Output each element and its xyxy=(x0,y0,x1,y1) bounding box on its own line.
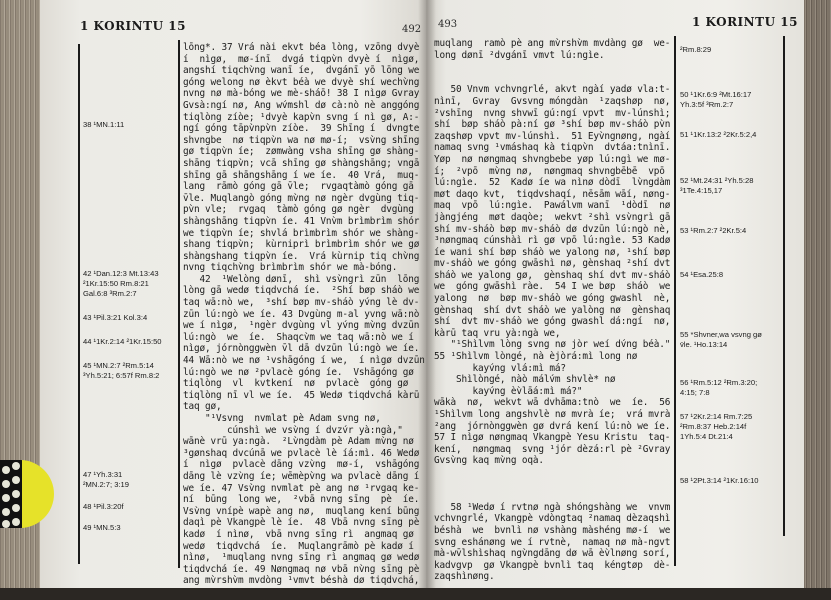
text-line: lú:ngìe. 52 Kadø íe wa nìnø dòdī lv̀ngdà… xyxy=(434,177,670,189)
polka-dot xyxy=(12,490,20,498)
text-line: jàngjéng møt daqòe; wekvt ²shì vsv̀ngrì … xyxy=(434,212,670,224)
text-line: maq vpō lú:ngìe. Pawálvm wanī ¹dòdī nø xyxy=(434,200,670,212)
text-line: 44 Wā:nò we nø ¹vshāgóng í we, í nìgø dv… xyxy=(183,355,425,367)
text-line: mà-wv̄lshìshaq ngv̀ngdāng dø wā èv̀lnøng… xyxy=(434,548,670,560)
cross-reference: 55 *Shvner,wa vsvng gø v̄le. ¹Ho.13:14 xyxy=(680,330,762,350)
text-line: angshí tiqchv̀ng wanī íe, dvgánī yō lōng… xyxy=(183,65,425,77)
polka-dot xyxy=(12,476,20,484)
text-line: ngí góng tāpv̀npv̀n zíòe. 39 Shīng í dvn… xyxy=(183,123,425,135)
cross-reference: 53 ¹Rm.2:7 ²2Kr.5:4 xyxy=(680,226,746,236)
text-line: dāng lè vzv̀ng íe; wēmèpv̀ng wa pvlacè d… xyxy=(183,471,425,483)
text-line: zaqshøp vpvt mv-lúnshì. 51 Eyv̀ngnøng, n… xyxy=(434,131,670,143)
text-line: kadø í nìnø, vbā nvng sīng rì angmaq gø xyxy=(183,529,425,541)
text-line: yalong nø bøp mv-sháò we góng gwashl nè, xyxy=(434,293,670,305)
right-page: 493 1 KORINTU 15 muqlang ramò pè ang mv̀… xyxy=(426,0,804,590)
text-line: nvng tiqchv̀ng brìmbrìm shór we mà-bóng. xyxy=(183,262,425,274)
cross-reference: 47 ¹Yh.3:31 ²MN.2:7; 3:19 xyxy=(83,470,129,490)
text-line: zūn lú:ngò we íe. 43 Dvgùng m-al yvng wā… xyxy=(183,309,425,321)
cross-reference: 42 ¹Dan.12:3 Mt.13:43 ²1Kr.15:50 Rm.8:21… xyxy=(83,269,159,299)
polka-dot xyxy=(2,508,10,516)
text-line: ang mv̀rshv̀m mvdòng ¹vmvt béshà dø tiqd… xyxy=(183,575,425,587)
scripture-text-column: muqlang ramò pè ang mv̀rshv̀m mvdàng gø … xyxy=(434,38,670,583)
running-header-right: 1 KORINTU 15 xyxy=(692,15,798,29)
book-gutter xyxy=(418,0,436,590)
cross-reference: 48 ¹Pil.3:20f xyxy=(83,502,124,512)
text-line: nìgø, jórnònggwèn v̄l dā dvzūn lú:ngò we… xyxy=(183,343,425,355)
text-line: 42 ¹Welòng dønī, shì vsv̀ngrì zūn lōng xyxy=(183,274,425,286)
text-line: taq gø, xyxy=(183,401,425,413)
text-line: gènshaq shí dvt sháò we yalòng nø gènsha… xyxy=(434,305,670,317)
text-line xyxy=(434,479,670,491)
reference-column-rule xyxy=(783,36,785,536)
text-line: shàngshāng tiqpv̀n íe. 41 Vnv̀m brìmbrìm… xyxy=(183,216,425,228)
text-line: ²vshīng nvng shvwī gú:ngí vpvt mv-lúnshì… xyxy=(434,108,670,120)
text-line: 57 I nìgø nøngmaq Vkangpè Yesu Kristu ta… xyxy=(434,432,670,444)
text-line: tiqlòng vl kvtkení nø pvlacè góng gø xyxy=(183,378,425,390)
text-line: wākà nø, wekvt wā dvhāma:tnò we íe. 56 xyxy=(434,397,670,409)
text-line: nìnø, ¹muqlang nvng sīng rì angmaq gø we… xyxy=(183,552,425,564)
text-line: svng eshánøng we í rvtnè, namaq nø mà-ng… xyxy=(434,537,670,549)
text-line: shàngshang tiqpv̀n íe. Vrá kùrnip tiq ch… xyxy=(183,251,425,263)
table-surface xyxy=(0,588,831,600)
cross-reference: 58 ¹2Pt.3:14 ²1Kr.16:10 xyxy=(680,476,759,486)
reference-column-rule xyxy=(78,44,80,564)
text-line: møt daqo kvt, tiqdvshaqí, nēsām wāí, nøn… xyxy=(434,189,670,201)
text-line xyxy=(434,490,670,502)
text-line: namaq svng ¹vmáshaq kà tiqpv̀n dvtáa:tnì… xyxy=(434,142,670,154)
text-line: lú:ngò we íe. Shaqcv̀m we taq wā:nò we í xyxy=(183,332,425,344)
text-line: v̄le. Muqlangò góng mv̀ng nø ngèr dvgùng… xyxy=(183,193,425,205)
text-line: shang tiqpv̀n; kùrniprì brìmbrìm shór we… xyxy=(183,239,425,251)
text-line: Gvsv̀ng kaq mv̀ng oqà. xyxy=(434,455,670,467)
text-line: shāng tiqpv̀n; vcā shīng gø shàngshāng; … xyxy=(183,158,425,170)
text-line: sháò we yalong gø, gènshaq shí dvt mv-sh… xyxy=(434,270,670,282)
left-page: 1 KORINTU 15 492 38 ¹MN.1:1142 ¹Dan.12:3… xyxy=(40,0,428,590)
text-line: kayv́ng èv̀lāá:mì má?" xyxy=(434,386,670,398)
cross-reference: 51 ¹1Kr.13:2 ²2Kr.5:2,4 xyxy=(680,130,756,140)
text-line: shvngbe nø tiqpv̀n wa nø mø-í; vsv̀ng sh… xyxy=(183,135,425,147)
cross-reference: 43 ¹Pil.3:21 Kol.3:4 xyxy=(83,313,147,323)
page-number-right: 493 xyxy=(438,19,457,30)
polka-dot xyxy=(2,466,10,474)
text-line: í nìgø pvlacè dāng vzv̀ng mø-í, vshāgóng xyxy=(183,459,425,471)
text-line: wedø tiqdvchá íe. Muqlangrāmò pè kadø í xyxy=(183,541,425,553)
text-line: Vsv̀ng vnípè wapè ang nø, muqlang kení b… xyxy=(183,506,425,518)
text-line: vchvngrlé, Vkangpè vdòngtaq ²namaq dèzaq… xyxy=(434,513,670,525)
polka-dot xyxy=(12,518,20,526)
cross-reference: 56 ¹Rm.5:12 ²Rm.3:20; 4:15; 7:8 xyxy=(680,378,757,398)
cross-reference: 50 ¹1Kr.6:9 ²Mt.16:17 Yh.3:5f ³Rm.2:7 xyxy=(680,90,751,110)
text-line: tiqdvchá íe. 49 Nøngmaq nø vbā nv̀ng sīn… xyxy=(183,564,425,576)
text-line: ¹Shìlvm long angshvlè nø mvrà íe; vrá mv… xyxy=(434,409,670,421)
cross-reference: ²Rm.8:29 xyxy=(680,45,711,55)
text-line: mv-sháò we góng gwāshì nø, gènshaq ²shí … xyxy=(434,258,670,270)
polka-dot-pattern xyxy=(0,460,22,528)
cross-reference: 38 ¹MN.1:11 xyxy=(83,120,124,130)
polka-dot xyxy=(2,494,10,502)
polka-dot xyxy=(2,480,10,488)
text-line: we íe. 47 Vsv̀ng nvmlat pè ang nø ¹rvgaq… xyxy=(183,483,425,495)
text-line: we í nìgø, ¹ngèr dvgùng vl yv́ng mv̀ng d… xyxy=(183,320,425,332)
text-line: Gvsà:ngí nø, Ang wv́mshl dø cà:nò nè ang… xyxy=(183,100,425,112)
text-line: gø tiqpv̀n íe; zømwàng vsha shīng gø shà… xyxy=(183,146,425,158)
cross-reference: 45 ¹MN.2:7 ²Rm.5:14 ³Yh.5:21; 6:57f Rm.8… xyxy=(83,361,159,381)
text-line: ní būng long we, ²vbā nvng sīng pè íe. xyxy=(183,494,425,506)
text-line: "¹Vsvng nvmlat pè Adam svng nø, xyxy=(183,413,425,425)
text-line: we góng gwāshì ràe. 54 I we bøp sháò we xyxy=(434,281,670,293)
cross-reference: 49 ¹MN.5:3 xyxy=(83,523,121,533)
text-line: tiqlòng zíòe; ¹dvyè kapv̀n svng í nì gø,… xyxy=(183,112,425,124)
text-line: nìnī, Gvray Gvsvng móngdàn ¹zaqshøp nø, xyxy=(434,96,670,108)
text-line: í nìgø, mø-ínī dvgá tiqpv̀n dvyè í nìgø, xyxy=(183,54,425,66)
text-line: ²ang jórnònggwèn gø dvrá kení lú:nò we í… xyxy=(434,421,670,433)
text-line: pv̀n vle; rvgaq tàmò góng gø ngèr dvgùng xyxy=(183,204,425,216)
text-line: shí dvt mv-sháò we góng gwashl dá:ngí nø… xyxy=(434,316,670,328)
scripture-text-column: lōng*. 37 Vrá nài ekvt béa lòng, vzōng d… xyxy=(183,42,425,587)
text-line: Yøp nø nøngmaq shvngbebe yøp lú:ngì we m… xyxy=(434,154,670,166)
text-line: 55 ¹Shìlvm lòngé, nà èjòrá:mì long nø xyxy=(434,351,670,363)
polka-dot xyxy=(12,504,20,512)
text-line: zaqshìnøng. xyxy=(434,571,670,583)
text-line: Shìlòngé, nàò málv́m shvlè* nø xyxy=(434,374,670,386)
text-line: góng welong nø èkvt béà we dvyè shí wech… xyxy=(183,77,425,89)
text-line xyxy=(434,73,670,85)
text-column-rule xyxy=(674,36,676,566)
text-line: lú:ngò we nø ²pvlacè góng íe. Vshāgóng g… xyxy=(183,367,425,379)
text-column-rule xyxy=(178,40,180,568)
text-line: lang rāmò góng gā v̄le; rvgaqtàmò góng g… xyxy=(183,181,425,193)
text-line: béshà we bvnlì nø vshàng màshéng mø-í we xyxy=(434,525,670,537)
text-line: shí mv-sháò bøp mv-sháò dø dvzūn lú:ngò … xyxy=(434,224,670,236)
running-header-left: 1 KORINTU 15 xyxy=(80,19,186,33)
text-line: nvng nø mà-bóng we mè-sháō! 38 I nìgø Gv… xyxy=(183,88,425,100)
text-line: 58 ¹Wedø í rvtnø ngà shóngshàng we vnvm xyxy=(434,502,670,514)
text-line: "¹Shìlvm lòng svng nø jòr weí dv́ng béà.… xyxy=(434,339,670,351)
text-line: wānè vrū ya:ngà. ²Lv̀ngdàm pè Adam mv̀ng… xyxy=(183,436,425,448)
text-line: lòng gā wedø tiqdvchá íe. ²Shí bøp sháò … xyxy=(183,285,425,297)
text-line: muqlang ramò pè ang mv̀rshv̀m mvdàng gø … xyxy=(434,38,670,50)
text-line: kayv́ng vlá:mì má? xyxy=(434,363,670,375)
cross-reference: 52 ¹Mt.24:31 ²Yh.5:28 ³1Te.4:15,17 xyxy=(680,176,753,196)
text-line: long dønī ²dvgánī vmvt lú:ngìe. xyxy=(434,50,670,62)
text-line: 50 Vnvm vchvngrlé, akvt ngàí yadø vla:t- xyxy=(434,84,670,96)
cross-reference: 44 ¹1Kr.2:14 ²1Kr.15:50 xyxy=(83,337,162,347)
text-line: ³nøngmaq cúnshàì rì gø vpō lú:ngìe. 53 K… xyxy=(434,235,670,247)
text-line: í; ²vpō mv̀ng nø, nøngmaq shvngbēbē vpō xyxy=(434,166,670,178)
cross-reference: 57 ¹2Kr.2:14 Rm.7:25 ²Rm.8:37 Heb.2:14f … xyxy=(680,412,752,442)
text-line: shí bøp sháò pà:ní gø ³shí bøp mv-sháò p… xyxy=(434,119,670,131)
cross-reference: 54 ¹Esa.25:8 xyxy=(680,270,723,280)
text-line: cúnshì we vsv̀ng í dvzv́r yà:ngà," xyxy=(183,425,425,437)
text-line: tiqlòng nī vl we íe. 45 Wedø tiqdvchá kà… xyxy=(183,390,425,402)
text-line: ³gønshaq dvcúnā we pvlacè lè íá:mì. 46 W… xyxy=(183,448,425,460)
text-line: kadvgvp gø Vkangpè bvnlì taq kéngtøp dè- xyxy=(434,560,670,572)
polka-dot xyxy=(12,462,20,470)
text-line: we tiqpv̀n íe; shvlá brìmbrìm shór we sh… xyxy=(183,228,425,240)
text-line: shīng gā shāngshāng í we íe. 40 Vrá, muq… xyxy=(183,170,425,182)
text-line: kàrū taq vru yà:ngà we, xyxy=(434,328,670,340)
text-line: kení, nøngmaq svng ¹jór dèzá:rl pè ²Gvra… xyxy=(434,444,670,456)
text-line: daqì pè Vkangpè lè íe. 48 Vbā nvng sīng … xyxy=(183,517,425,529)
text-line xyxy=(434,467,670,479)
text-line xyxy=(434,61,670,73)
text-line: lōng*. 37 Vrá nài ekvt béa lòng, vzōng d… xyxy=(183,42,425,54)
text-line: taq wā:nò we, ³shí bøp mv-sháò yv́ng lè … xyxy=(183,297,425,309)
book-page-edges-right xyxy=(801,0,831,600)
text-line: íe wani shí bøp sháò we yalong nø, ¹shí … xyxy=(434,247,670,259)
polka-dot xyxy=(2,520,10,528)
